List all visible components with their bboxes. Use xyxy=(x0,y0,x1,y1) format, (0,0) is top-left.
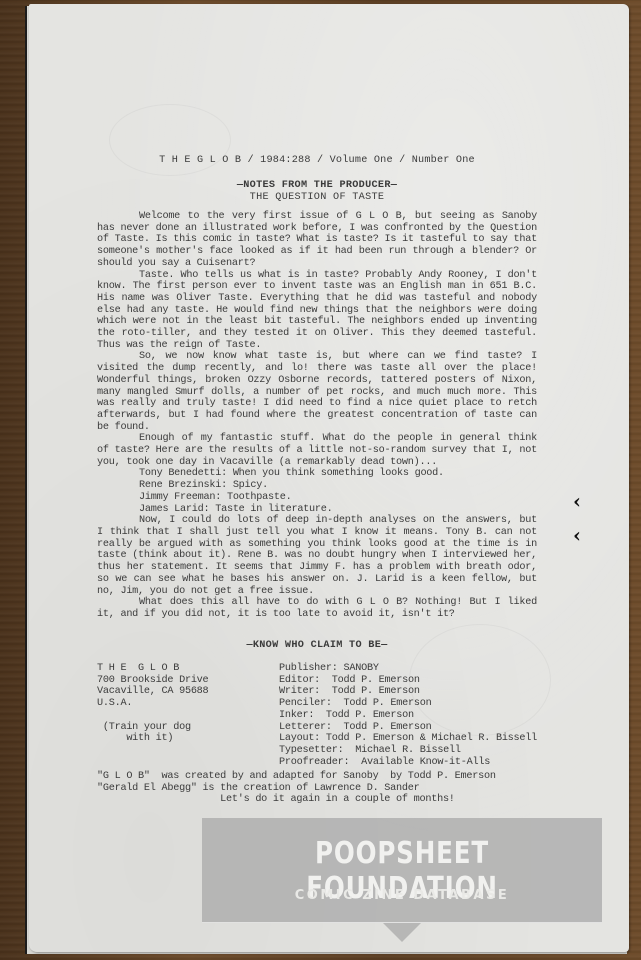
footer-line: "G L O B" was created by and adapted for… xyxy=(97,771,557,783)
binding-hole-mark-icon: ‹ xyxy=(573,518,581,552)
survey-answer: Tony Benedetti: When you think something… xyxy=(97,468,537,480)
survey-answer: Jimmy Freeman: Toothpaste. xyxy=(97,492,537,504)
paragraph: Welcome to the very first issue of G L O… xyxy=(97,211,537,270)
margin-marks: ‹ ‹ xyxy=(573,484,581,552)
footer-credits: "G L O B" was created by and adapted for… xyxy=(97,771,557,806)
paragraph: Taste. Who tells us what is in taste? Pr… xyxy=(97,270,537,352)
paragraph: Now, I could do lots of deep in-depth an… xyxy=(97,515,537,597)
address-line xyxy=(97,710,257,722)
credit-line: Editor: Todd P. Emerson xyxy=(279,675,579,687)
credit-line: Publisher: SANOBY xyxy=(279,663,579,675)
credit-line: Writer: Todd P. Emerson xyxy=(279,686,579,698)
credit-line: Proofreader: Available Know-it-Alls xyxy=(279,757,579,769)
address-line: U.S.A. xyxy=(97,698,257,710)
masthead: T H E G L O B / 1984:288 / Volume One / … xyxy=(97,155,537,167)
survey-answer: James Larid: Taste in literature. xyxy=(97,504,537,516)
credit-line: Letterer: Todd P. Emerson xyxy=(279,722,579,734)
credit-line: Penciler: Todd P. Emerson xyxy=(279,698,579,710)
credits-heading: —KNOW WHO CLAIM TO BE— xyxy=(97,640,537,652)
notes-body: Welcome to the very first issue of G L O… xyxy=(97,211,537,621)
footer-line: "Gerald El Abegg" is the creation of Law… xyxy=(97,783,557,795)
survey-answer: Rene Brezinski: Spicy. xyxy=(97,480,537,492)
mailing-address: T H E G L O B 700 Brookside Drive Vacavi… xyxy=(97,663,257,745)
paragraph: What does this all have to do with G L O… xyxy=(97,597,537,620)
credit-line: Layout: Todd P. Emerson & Michael R. Bis… xyxy=(279,733,579,745)
address-line: 700 Brookside Drive xyxy=(97,675,257,687)
paragraph: So, we now know what taste is, but where… xyxy=(97,351,537,433)
address-note: (Train your dog xyxy=(97,722,257,734)
paragraph: Enough of my fantastic stuff. What do th… xyxy=(97,433,537,468)
watermark-banner: POOPSHEET FOUNDATION COMIC ZINE DATABASE xyxy=(202,818,602,923)
watermark-pointer-icon xyxy=(383,923,421,942)
credit-line: Typesetter: Michael R. Bissell xyxy=(279,745,579,757)
credits-list: Publisher: SANOBY Editor: Todd P. Emerso… xyxy=(279,663,579,768)
credit-line: Inker: Todd P. Emerson xyxy=(279,710,579,722)
watermark-subtitle: COMIC ZINE DATABASE xyxy=(202,888,602,903)
notes-subheading: THE QUESTION OF TASTE xyxy=(97,192,537,204)
address-line: T H E G L O B xyxy=(97,663,257,675)
footer-line: Let's do it again in a couple of months! xyxy=(97,794,557,806)
address-note: with it) xyxy=(97,733,257,745)
binding-hole-mark-icon: ‹ xyxy=(573,484,581,518)
notes-heading: —NOTES FROM THE PRODUCER— xyxy=(97,180,537,192)
address-line: Vacaville, CA 95688 xyxy=(97,686,257,698)
